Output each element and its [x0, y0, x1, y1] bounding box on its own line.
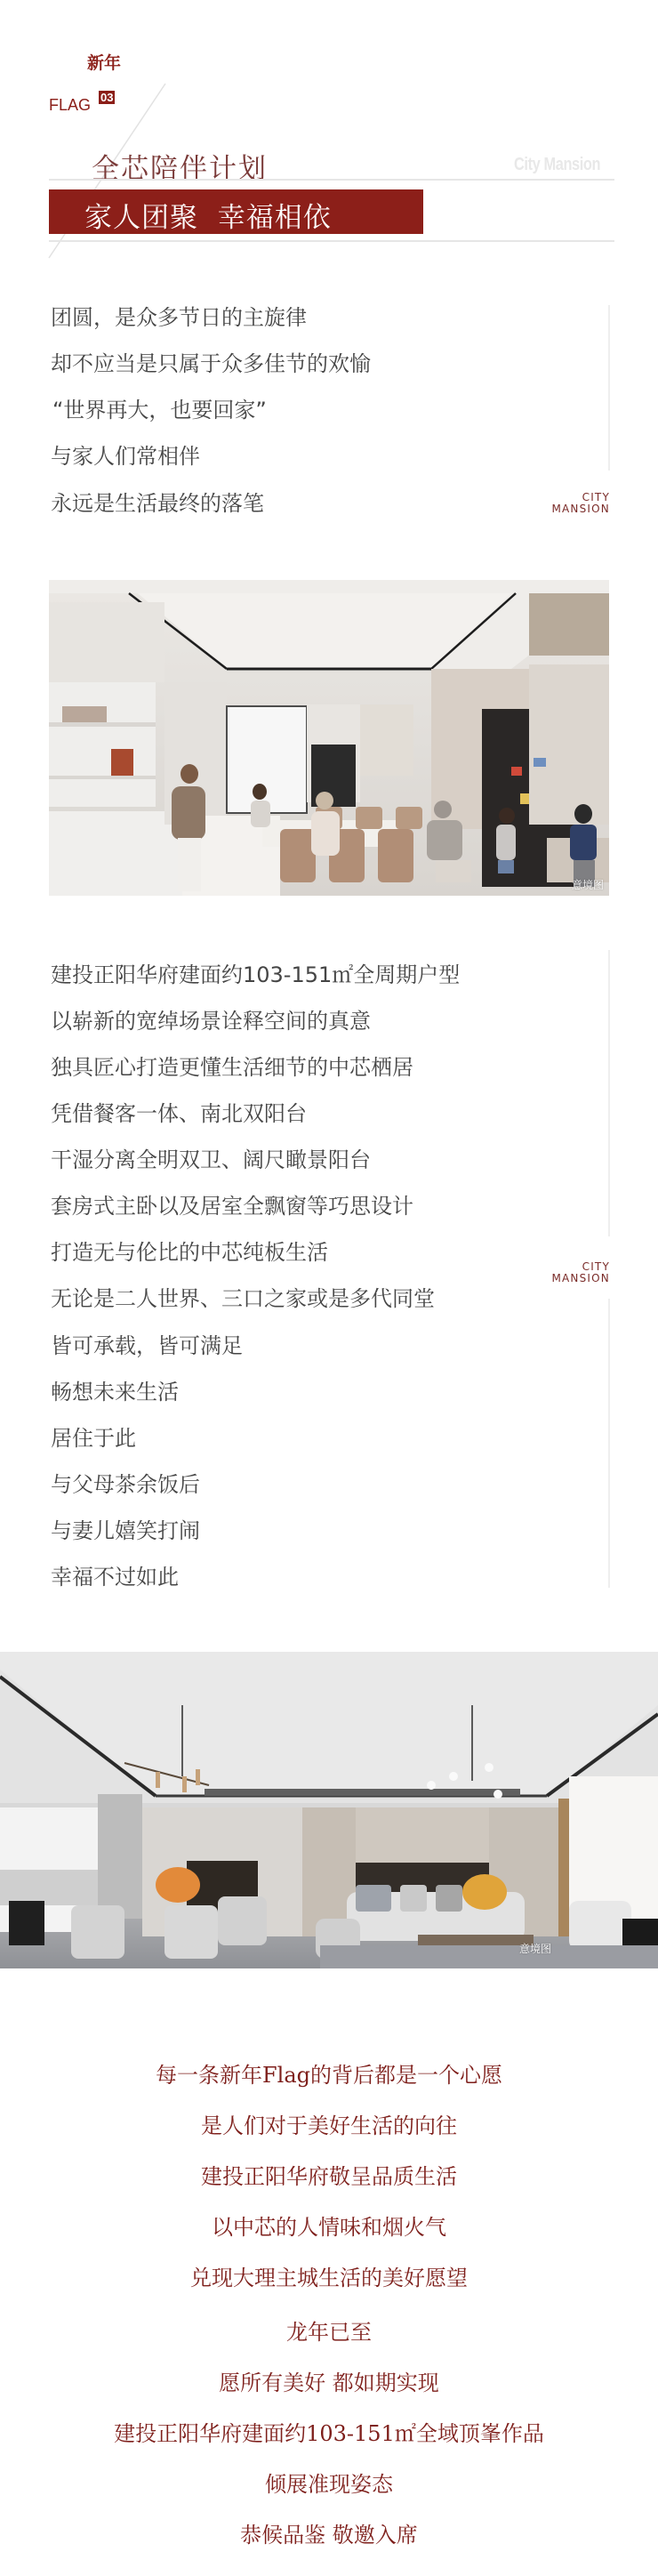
- image-caption: 意境图: [572, 877, 604, 892]
- intro-line: 却不应当是只属于众多佳节的欢愉: [51, 350, 371, 377]
- feature-line: 干湿分离全明双卫、阔尺瞰景阳台: [51, 1147, 371, 1173]
- brand-label-line2: MANSION: [519, 1273, 610, 1284]
- intro-line: “世界再大，也要回家”: [52, 397, 267, 423]
- closing-line: 以中芯的人情味和烟火气: [0, 2214, 658, 2241]
- brand-label: CITY MANSION: [519, 1261, 610, 1284]
- intro-line: 永远是生活最终的落笔: [51, 490, 264, 517]
- feature-line: 畅想未来生活: [51, 1379, 179, 1405]
- feature-line: 无论是二人世界、三口之家或是多代同堂: [51, 1285, 435, 1312]
- living-scene-illustration: [0, 1652, 658, 1968]
- image-caption: 意境图: [519, 1941, 551, 1956]
- vertical-rule: [608, 950, 610, 1236]
- closing-line: 兑现大理主城生活的美好愿望: [0, 2265, 658, 2291]
- closing-line: 建投正阳华府建面约103-151㎡全域顶峯作品: [0, 2420, 658, 2447]
- kitchen-scene-illustration: [49, 580, 609, 896]
- feature-line: 与父母茶余饭后: [51, 1471, 200, 1498]
- brand-label: CITY MANSION: [519, 492, 610, 515]
- closing-line: 愿所有美好 都如期实现: [0, 2370, 658, 2396]
- kitchen-family-image: 意境图: [49, 580, 609, 896]
- divider-bottom: [49, 240, 614, 242]
- closing-line: 恭候品鉴 敬邀入席: [0, 2522, 658, 2548]
- feature-line: 与妻儿嬉笑打闹: [51, 1517, 200, 1544]
- vertical-rule: [608, 1299, 610, 1588]
- feature-line: 打造无与伦比的中芯纯板生活: [51, 1239, 328, 1266]
- feature-line: 以崭新的宽绰场景诠释空间的真意: [51, 1008, 371, 1034]
- feature-line: 独具匠心打造更懂生活细节的中芯栖居: [51, 1054, 413, 1081]
- closing-line: 是人们对于美好生活的向往: [0, 2113, 658, 2139]
- headline-text: 家人团聚 幸福相依: [84, 195, 332, 235]
- intro-line: 团圆，是众多节日的主旋律: [51, 304, 307, 331]
- closing-line: 倾展准现姿态: [0, 2471, 658, 2498]
- feature-line: 居住于此: [51, 1425, 136, 1452]
- divider-top: [49, 179, 614, 181]
- brand-label-line2: MANSION: [519, 503, 610, 515]
- feature-line: 皆可承载，皆可满足: [51, 1332, 243, 1359]
- feature-line: 幸福不过如此: [51, 1564, 179, 1590]
- feature-line: 建投正阳华府建面约103-151㎡全周期户型: [51, 962, 460, 988]
- feature-line: 凭借餐客一体、南北双阳台: [51, 1100, 307, 1127]
- ghost-brand-watermark: City Mansion: [514, 155, 600, 175]
- feature-line: 套房式主卧以及居室全飘窗等巧思设计: [51, 1193, 413, 1220]
- living-room-image: 意境图: [0, 1652, 658, 1968]
- headline-banner: 家人团聚 幸福相依: [49, 189, 423, 234]
- intro-line: 与家人们常相伴: [51, 443, 200, 470]
- closing-line: 建投正阳华府敬呈品质生活: [0, 2163, 658, 2190]
- closing-line: 龙年已至: [0, 2319, 658, 2346]
- vertical-rule: [608, 305, 610, 471]
- closing-line: 每一条新年Flag的背后都是一个心愿: [0, 2062, 658, 2089]
